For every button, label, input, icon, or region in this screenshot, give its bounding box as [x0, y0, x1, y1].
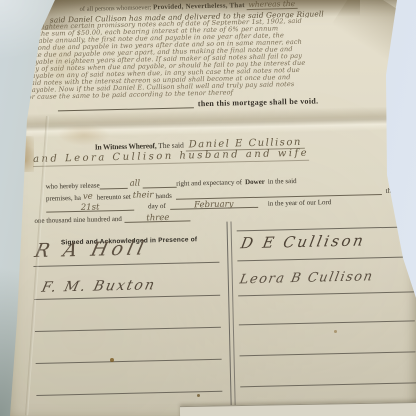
signature-rule — [240, 382, 416, 387]
signature-rule — [237, 226, 413, 231]
handwritten-ve: ve — [81, 192, 95, 202]
witness-signature-buxton: F. M. Buxton — [40, 277, 158, 296]
handwritten-year: three — [144, 213, 171, 224]
void-clause-text: then this mortgage shall be void. — [198, 96, 319, 108]
hands-label: hands — [155, 192, 172, 200]
edge-stain — [12, 136, 34, 172]
day-of-label: day of — [148, 202, 166, 210]
signature-rule — [238, 291, 414, 296]
ink-spot — [197, 394, 200, 397]
year-row: one thousand nine hundred and three — [34, 212, 191, 225]
dower-label: Dower — [245, 178, 265, 186]
signature-rule — [35, 327, 221, 332]
this-label: this — [386, 187, 396, 195]
premises-label: premises, ha — [46, 194, 81, 203]
day-number-rule: 21st — [46, 202, 134, 213]
who-hereby-release: who hereby release — [46, 181, 100, 190]
right-and-expectancy: right and expectancy of — [176, 178, 242, 187]
handwritten-all: all — [128, 178, 143, 188]
blank-rule — [100, 180, 128, 190]
in-the-said: in the said — [268, 177, 297, 186]
signature-rule — [237, 256, 413, 261]
signature-rule — [33, 262, 219, 267]
party-signature-leora-cullison: Leora B Cullison — [238, 269, 374, 287]
month-rule: February — [170, 199, 258, 210]
faint-stain — [58, 124, 110, 146]
photograph-of-mortgage-document: of all persons whomsoever; Provided, Nev… — [0, 0, 416, 416]
signature-rule — [239, 320, 415, 325]
signature-rule — [240, 351, 416, 356]
party-signature-d-e-cullison: D E Cullison — [239, 231, 367, 252]
hereunto-set-label: hereunto set — [97, 193, 131, 202]
one-thousand-label: one thousand nine hundred and — [34, 215, 122, 225]
signature-rule — [34, 295, 220, 300]
blank-rule — [58, 99, 194, 111]
blank-rule — [142, 179, 176, 189]
handwritten-day-number: 21st — [79, 202, 102, 213]
witness-heading: In Witness Whereof, — [95, 141, 157, 151]
signature-column-divider — [226, 221, 235, 416]
ink-spot — [110, 358, 114, 362]
the-said-label: The said — [158, 141, 184, 151]
handwritten-name-leora-line: and Leora Cullison husband and wife — [33, 148, 309, 167]
handwritten-their: their — [131, 190, 156, 201]
year-of-lord-label: in the year of our Lord — [268, 198, 332, 207]
document-paper: of all persons whomsoever; Provided, Nev… — [0, 0, 416, 416]
year-rule: three — [125, 212, 191, 222]
signature-rule — [36, 359, 222, 364]
signature-rule — [36, 391, 222, 396]
witness-signature-holl: R A Holl — [33, 237, 150, 262]
handwritten-month: February — [192, 199, 236, 210]
faint-stain — [40, 36, 84, 92]
ink-spot — [334, 330, 337, 333]
